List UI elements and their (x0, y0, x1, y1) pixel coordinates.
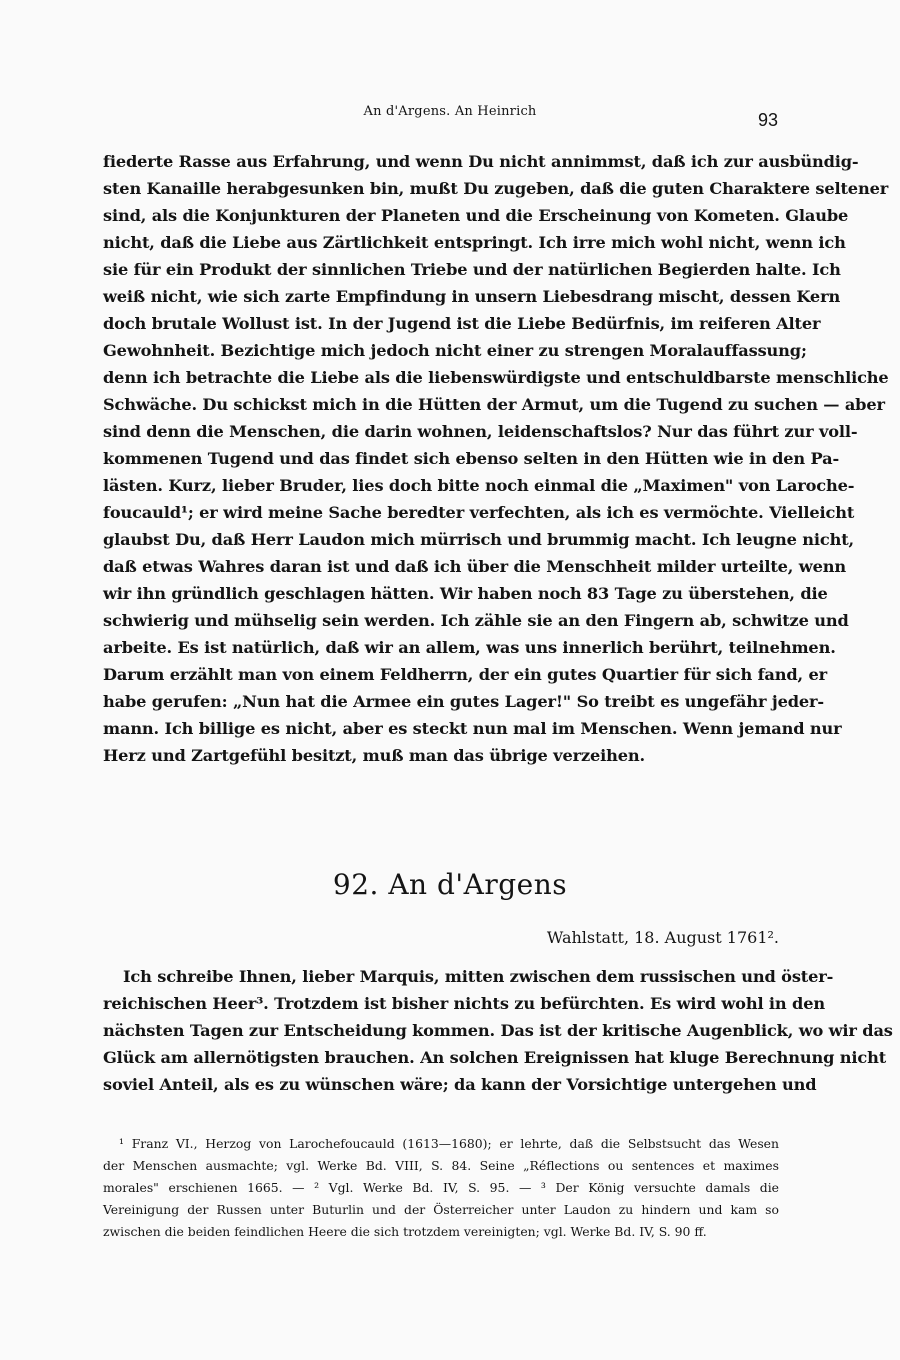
text-line: doch brutale Wollust ist. In der Jugend … (103, 310, 779, 337)
text-line: Schwäche. Du schickst mich in die Hütten… (103, 391, 779, 418)
text-line: Darum erzählt man von einem Feldherrn, d… (103, 661, 779, 688)
text-line: mann. Ich billige es nicht, aber es stec… (103, 715, 779, 742)
text-line: Gewohnheit. Bezichtige mich jedoch nicht… (103, 337, 779, 364)
text-line: denn ich betrachte die Liebe als die lie… (103, 364, 779, 391)
text-line: Herz und Zartgefühl besitzt, muß man das… (103, 742, 779, 769)
text-line: sind denn die Menschen, die darin wohnen… (103, 418, 779, 445)
text-line: lästen. Kurz, lieber Bruder, lies doch b… (103, 472, 779, 499)
text-line: glaubst Du, daß Herr Laudon mich mürrisc… (103, 526, 779, 553)
text-line: kommenen Tugend und das findet sich eben… (103, 445, 779, 472)
text-line: wir ihn gründlich geschlagen hätten. Wir… (103, 580, 779, 607)
text-line: Glück am allernötigsten brauchen. An sol… (103, 1044, 779, 1071)
text-line: sie für ein Produkt der sinnlichen Trieb… (103, 256, 779, 283)
book-page: An d'Argens. An Heinrich 93 fiederte Ras… (0, 0, 900, 1360)
text-line: nächsten Tagen zur Entscheidung kommen. … (103, 1017, 779, 1044)
text-line: foucauld¹; er wird meine Sache beredter … (103, 499, 779, 526)
text-line: weiß nicht, wie sich zarte Empfindung in… (103, 283, 779, 310)
text-line: habe gerufen: „Nun hat die Armee ein gut… (103, 688, 779, 715)
page-number: 93 (758, 110, 778, 131)
continuation-paragraph: fiederte Rasse aus Erfahrung, und wenn D… (103, 148, 779, 769)
letter-paragraph: Ich schreibe Ihnen, lieber Marquis, mitt… (103, 963, 779, 1098)
text-line: sten Kanaille herabgesunken bin, mußt Du… (103, 175, 779, 202)
text-line: sind, als die Konjunkturen der Planeten … (103, 202, 779, 229)
text-line: soviel Anteil, als es zu wünschen wäre; … (103, 1071, 779, 1098)
footnote-line: der Menschen ausmachte; vgl. Werke Bd. V… (103, 1155, 779, 1177)
text-line: fiederte Rasse aus Erfahrung, und wenn D… (103, 148, 779, 175)
text-line: reichischen Heer³. Trotzdem ist bisher n… (103, 990, 779, 1017)
footnote-line: zwischen die beiden feindlichen Heere di… (103, 1221, 779, 1243)
footnote-line: Vereinigung der Russen unter Buturlin un… (103, 1199, 779, 1221)
footnote-line: ¹ Franz VI., Herzog von Larochefoucauld … (103, 1133, 779, 1155)
text-line: arbeite. Es ist natürlich, daß wir an al… (103, 634, 779, 661)
letter-dateline: Wahlstatt, 18. August 1761². (547, 928, 779, 947)
text-line: daß etwas Wahres daran ist und daß ich ü… (103, 553, 779, 580)
footnote-line: morales" erschienen 1665. — ² Vgl. Werke… (103, 1177, 779, 1199)
footnotes: ¹ Franz VI., Herzog von Larochefoucauld … (103, 1133, 779, 1243)
letter-title: 92. An d'Argens (0, 868, 900, 901)
text-line: schwierig und mühselig sein werden. Ich … (103, 607, 779, 634)
text-line: Ich schreibe Ihnen, lieber Marquis, mitt… (103, 963, 779, 990)
text-line: nicht, daß die Liebe aus Zärtlichkeit en… (103, 229, 779, 256)
